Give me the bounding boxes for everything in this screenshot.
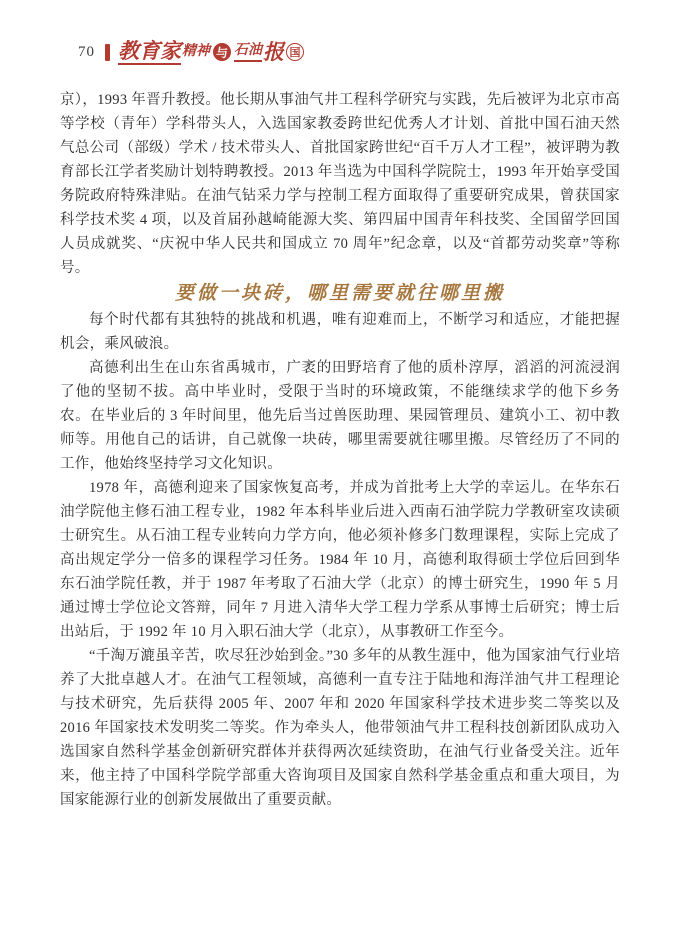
- logo-text-jiaoyujia: 教育家: [118, 40, 181, 65]
- guo-circle-icon: 国: [286, 43, 304, 61]
- running-head: 70 教育家 精神 与 石油 报 国: [60, 40, 620, 64]
- logo-text-jingshen: 精神: [182, 44, 210, 60]
- article-body: 京），1993 年晋升教授。他长期从事油气井工程科学研究与实践，先后被评为北京市…: [60, 88, 620, 812]
- section-heading: 要做一块砖，哪里需要就往哪里搬: [60, 280, 620, 308]
- paragraph: 每个时代都有其独特的挑战和机遇，唯有迎难而上，不断学习和适应，才能把握机会，乘风…: [60, 308, 620, 356]
- paragraph: “千淘万漉虽辛苦，吹尽狂沙始到金。”30 多年的从教生涯中，他为国家油气行业培养…: [60, 644, 620, 812]
- logo-text-bao: 报: [263, 41, 284, 63]
- paragraph: 高德利出生在山东省禹城市，广袤的田野培育了他的质朴淳厚，滔滔的河流浸润了他的坚韧…: [60, 356, 620, 476]
- logo-text-shiyou: 石油: [234, 43, 262, 62]
- journal-logo: 教育家 精神 与 石油 报 国: [118, 40, 304, 65]
- paragraph: 1978 年，高德利迎来了国家恢复高考，并成为首批考上大学的幸运儿。在华东石油学…: [60, 476, 620, 644]
- header-divider-bar: [105, 44, 110, 61]
- book-page: 70 教育家 精神 与 石油 报 国 京），1993 年晋升教授。他长期从事油气…: [0, 0, 680, 945]
- page-number: 70: [78, 44, 95, 61]
- paragraph-continued: 京），1993 年晋升教授。他长期从事油气井工程科学研究与实践，先后被评为北京市…: [60, 88, 620, 280]
- yu-circle-icon: 与: [213, 43, 231, 61]
